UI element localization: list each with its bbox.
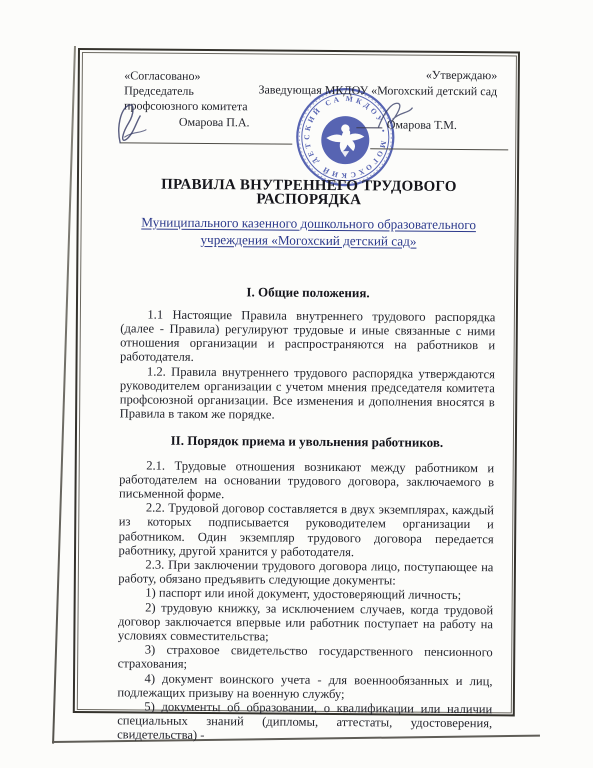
paragraph-2-2: 2.2. Трудовой договор составляется в дву…: [119, 500, 494, 560]
paragraph-1-1: 1.1 Настоящие Правила внутреннего трудов…: [120, 307, 495, 367]
paragraph-2-3: 2.3. При заключении трудового договора л…: [118, 557, 493, 588]
list-item-5: 5) документы об образовании, о квалифика…: [117, 699, 492, 745]
approval-header: «Согласовано» Председатель профсоюзного …: [122, 65, 498, 174]
list-item-2: 2) трудовую книжку, за исключением случа…: [118, 600, 493, 646]
section-1-heading: I. Общие положения.: [121, 284, 496, 301]
director-role-line: Заведующая МКДОУ «Могохский детский сад: [258, 82, 497, 98]
paragraph-1-2: 1.2. Правила внутреннего трудового распо…: [120, 364, 495, 424]
list-item-4: 4) документ воинского учета - для военно…: [117, 671, 492, 702]
document-title: ПРАВИЛА ВНУТРЕННЕГО ТРУДОВОГО РАСПОРЯДКА: [121, 177, 496, 208]
director-signer-name: Омарова Т.М.: [387, 117, 457, 132]
section-2-heading: II. Порядок приема и увольнения работник…: [119, 434, 494, 451]
document-subtitle: Муниципального казенного дошкольного обр…: [122, 214, 494, 251]
page-content: «Согласовано» Председатель профсоюзного …: [77, 53, 515, 712]
agreed-label: «Согласовано»: [124, 68, 250, 84]
scanned-document: МКДОУ • МОГОХСКИЙ ДЕТСКИЙ САД • «Согласо…: [0, 0, 593, 768]
signature-underscore: [357, 116, 383, 128]
approved-label: «Утверждаю»: [426, 67, 497, 82]
list-item-3: 3) страховое свидетельство государственн…: [118, 643, 493, 674]
page-border-frame: МКДОУ • МОГОХСКИЙ ДЕТСКИЙ САД • «Согласо…: [73, 48, 520, 716]
director-name-row: Омарова Т.М.: [357, 116, 457, 132]
signature-line-right: [370, 148, 508, 150]
signature-left-scribble: [106, 93, 190, 150]
page-border-inner-line: МКДОУ • МОГОХСКИЙ ДЕТСКИЙ САД • «Согласо…: [76, 52, 516, 713]
paragraph-2-1: 2.1. Трудовые отношения возникают между …: [119, 458, 494, 504]
